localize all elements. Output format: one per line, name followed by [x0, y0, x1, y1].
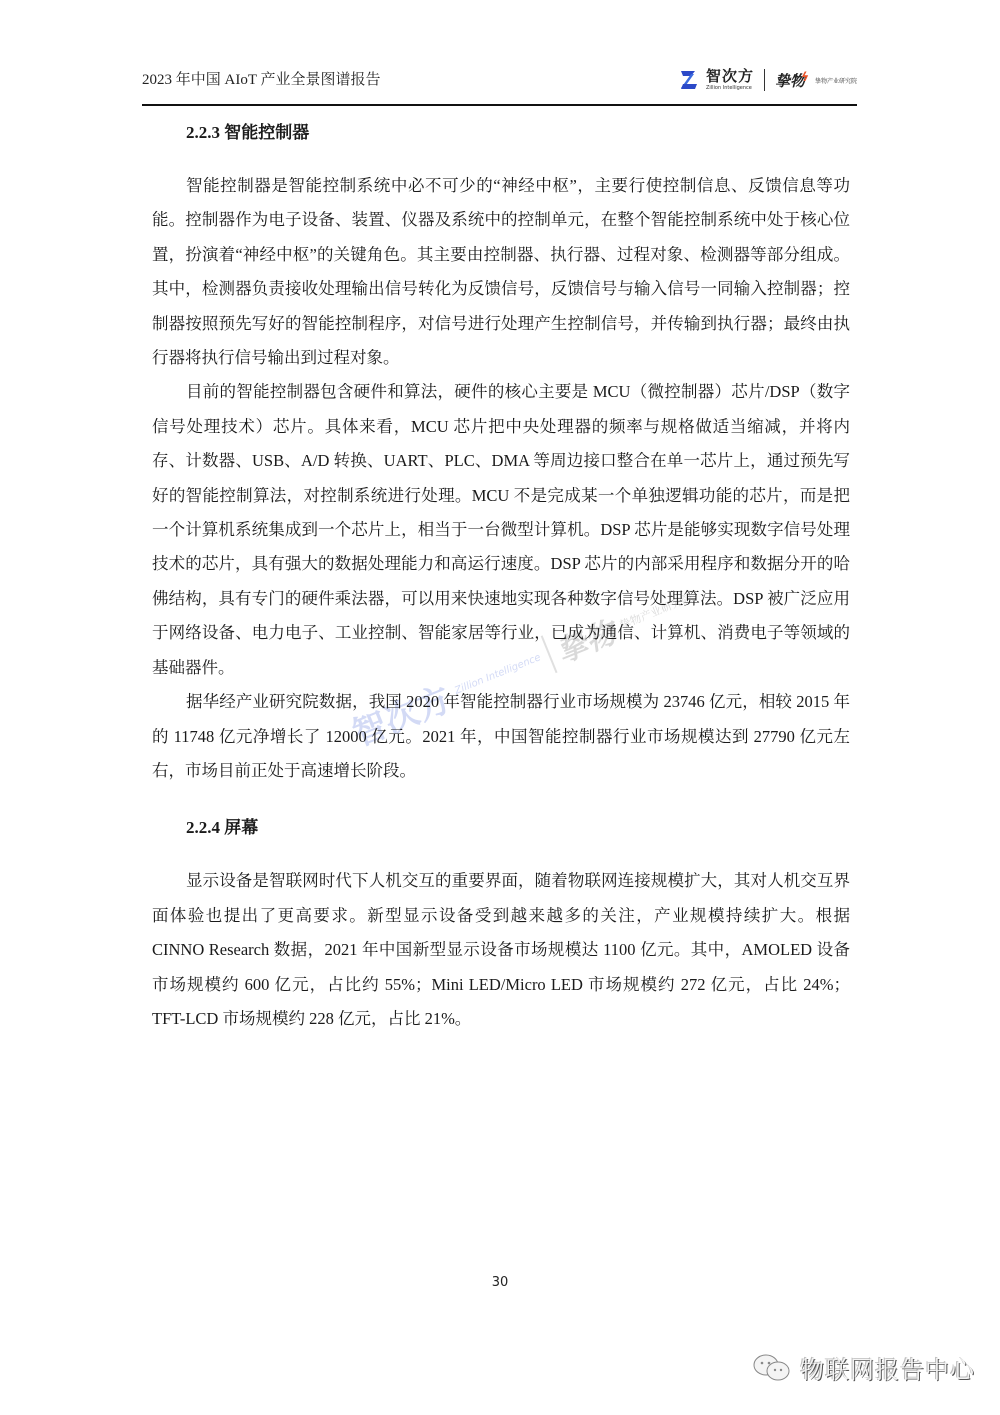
header-logos: 智次方 Zillion Intelligence 挚物ϟ 挚物产业研究院 — [678, 64, 857, 96]
wechat-account-name: 物联网报告中心 — [800, 1350, 975, 1385]
zillion-logo-icon — [678, 68, 700, 92]
page-number: 30 — [0, 1275, 1000, 1290]
page-content: 2.2.3 智能控制器 智能控制器是智能控制系统中必不可少的“神经中枢”，主要行… — [152, 115, 850, 1036]
zillion-logo-text: 智次方 Zillion Intelligence — [706, 69, 754, 91]
institute-label: 挚物产业研究院 — [815, 76, 857, 85]
wechat-icon — [752, 1353, 792, 1383]
paragraph: 智能控制器是智能控制系统中必不可少的“神经中枢”，主要行使控制信息、反馈信息等功… — [152, 169, 850, 375]
section-heading-screen: 2.2.4 屏幕 — [186, 810, 850, 846]
zhiwu-logo: 挚物ϟ — [775, 70, 805, 91]
logo-divider — [764, 69, 765, 91]
page-header: 2023 年中国 AIoT 产业全景图谱报告 智次方 Zillion Intel… — [142, 62, 857, 106]
paragraph: 据华经产业研究院数据，我国 2020 年智能控制器行业市场规模为 23746 亿… — [152, 685, 850, 788]
section-heading-smart-controller: 2.2.3 智能控制器 — [186, 115, 850, 151]
wechat-source-badge: 物联网报告中心 — [752, 1350, 975, 1385]
bolt-icon: ϟ — [801, 70, 809, 84]
paragraph: 显示设备是智联网时代下人机交互的重要界面，随着物联网连接规模扩大，其对人机交互界… — [152, 864, 850, 1036]
paragraph: 目前的智能控制器包含硬件和算法，硬件的核心主要是 MCU（微控制器）芯片/DSP… — [152, 375, 850, 685]
report-title: 2023 年中国 AIoT 产业全景图谱报告 — [142, 68, 380, 89]
